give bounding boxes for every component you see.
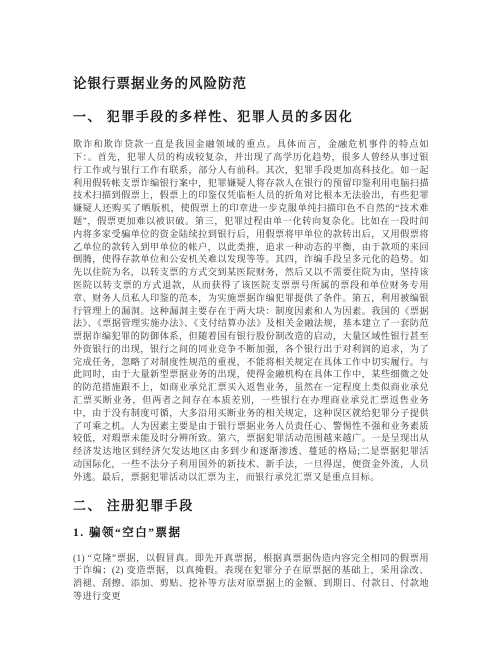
document-content: 论银行票据业务的风险防范 一、 犯罪手段的多样性、犯罪人员的多因化 欺诈和欺诈贷… — [0, 0, 500, 603]
section-2-paragraph: (1) “克隆”票据，以假冒真。即先开真票据，根据真票据伪造内容完全相同的假票用… — [73, 552, 429, 603]
document-title: 论银行票据业务的风险防范 — [73, 77, 429, 92]
section-1-heading: 一、 犯罪手段的多样性、犯罪人员的多因化 — [73, 110, 429, 124]
section-2-heading: 二、 注册犯罪手段 — [73, 499, 429, 513]
section-2-subheading: 1. 骗领“空白”票据 — [73, 527, 429, 540]
section-1-paragraph: 欺诈和欺诈贷款一直是我国金融领域的重点。具体而言，金融危机事件的特点如下：。首先… — [73, 138, 429, 484]
document-page: 论银行票据业务的风险防范 一、 犯罪手段的多样性、犯罪人员的多因化 欺诈和欺诈贷… — [0, 0, 500, 647]
